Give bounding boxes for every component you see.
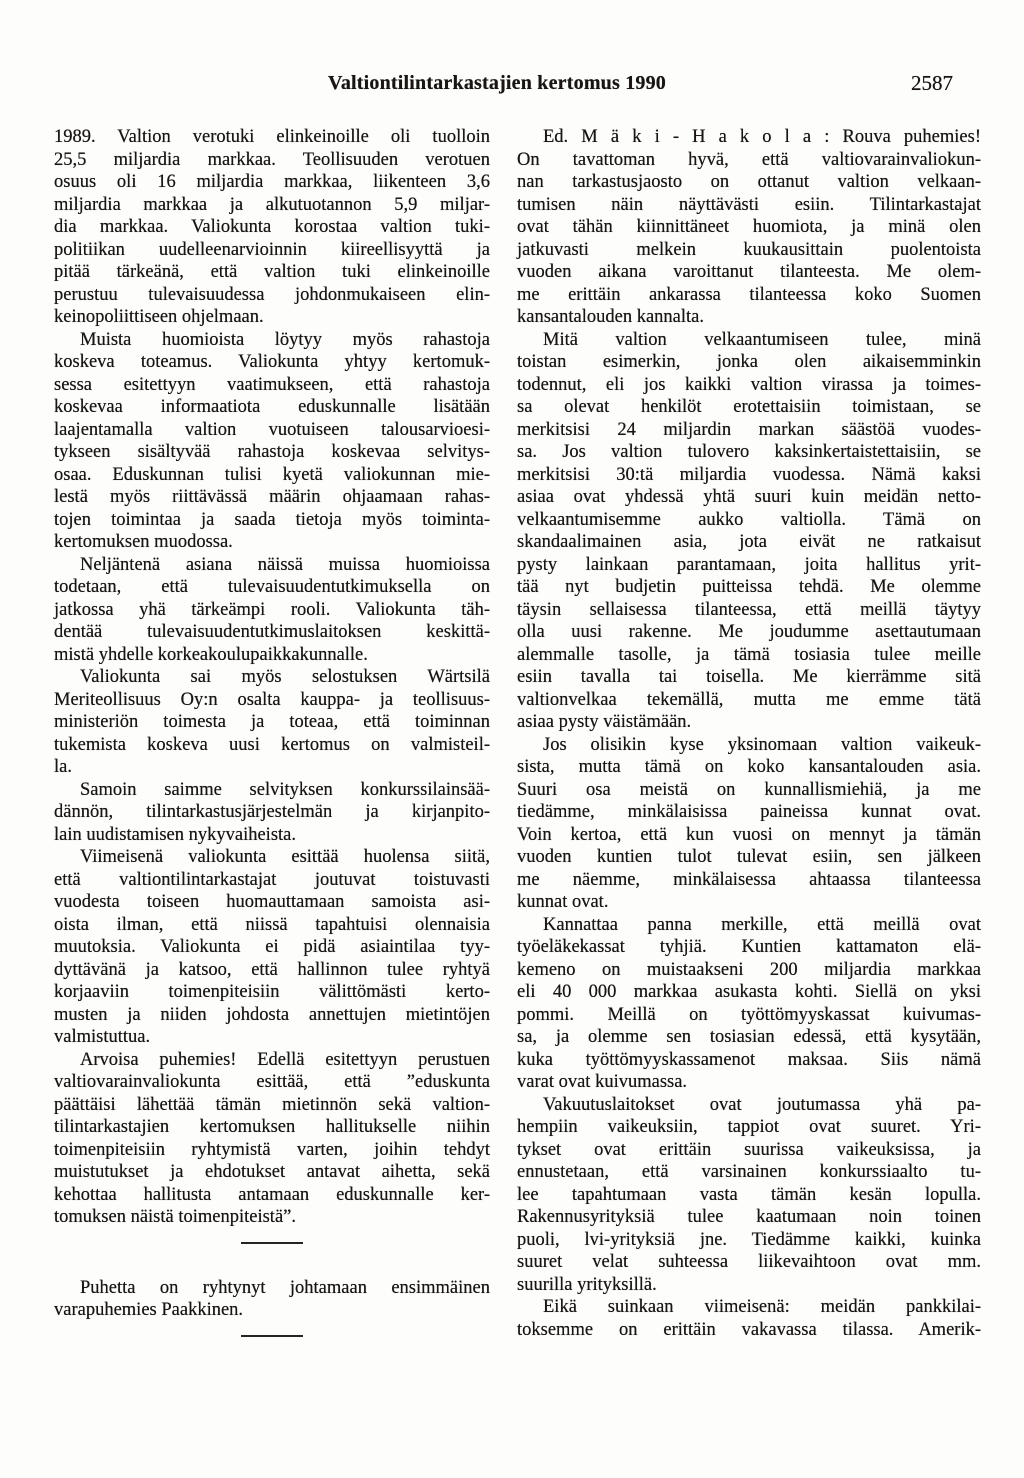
text-line: me näemme, minkälaisessa ahtaassa tilant… <box>517 869 981 892</box>
text-line: pommi. Meillä on työttömyyskassat kuivum… <box>517 1004 981 1027</box>
text-line: merkitsisi 30:tä miljardia vuodessa. Näm… <box>517 464 981 487</box>
text-line: tiedämme, minkälaisissa paineissa kunnat… <box>517 801 981 824</box>
text-line: Suuri osa meistä on kunnallismiehiä, ja … <box>517 779 981 802</box>
text-line: mistä yhdelle korkeakoulupaikkakunnalle. <box>54 644 490 667</box>
text-line: koskevaa informaatiota eduskunnalle lisä… <box>54 396 490 419</box>
text-line: suurilla yrityksillä. <box>517 1274 981 1297</box>
text-line: Valiokunta sai myös selostuksen Wärtsilä <box>54 666 490 689</box>
paragraph: Puhetta on ryhtynyt johtamaan ensimmäine… <box>54 1277 490 1322</box>
text-line: vuodesta toiseen huomauttamaan samoista … <box>54 891 490 914</box>
text-line: sessa esitettyyn vaatimukseen, että raha… <box>54 374 490 397</box>
text-line: ennustetaan, että varsinainen konkurssia… <box>517 1161 981 1184</box>
text-line: ovat tähän kiinnittäneet huomiota, ja mi… <box>517 216 981 239</box>
text-line: toimenpiteisiin ryhtymistä varten, joihi… <box>54 1139 490 1162</box>
section-divider <box>241 1242 303 1244</box>
paragraph: Ed. M ä k i - H a k o l a : Rouva puhemi… <box>517 126 981 329</box>
text-line: miljardia markkaa ja alkutuotannon 5,9 m… <box>54 194 490 217</box>
text-line: skandaalimainen asia, jota eivät ne ratk… <box>517 531 981 554</box>
text-line: laajentamalla valtion vuotuiseen talousa… <box>54 419 490 442</box>
running-title: Valtiontilintarkastajien kertomus 1990 <box>328 72 666 95</box>
text-line: hempiin vaikeuksiin, tappiot ovat suuret… <box>517 1116 981 1139</box>
text-line: tomuksen näistä toimenpiteistä”. <box>54 1206 490 1229</box>
paragraph: Mitä valtion velkaantumiseen tulee, minä… <box>517 329 981 734</box>
text-line: Muista huomioista löytyy myös rahastoja <box>54 329 490 352</box>
text-line: jatkossa yhä tärkeämpi rooli. Valiokunta… <box>54 599 490 622</box>
text-line: Arvoisa puhemies! Edellä esitettyyn peru… <box>54 1049 490 1072</box>
text-line: dännön, tilintarkastusjärjestelmän ja ki… <box>54 801 490 824</box>
text-line: valtionvelkaa tekemällä, mutta me emme t… <box>517 689 981 712</box>
text-line: tukemista koskeva uusi kertomus on valmi… <box>54 734 490 757</box>
text-line: esiin tavalla tai toisella. Me kierrämme… <box>517 666 981 689</box>
text-line: keinopoliittiseen ohjelmaan. <box>54 306 490 329</box>
text-line: dia markkaa. Valiokunta korostaa valtion… <box>54 216 490 239</box>
text-line: vuoden kuntien tulot tulevat esiin, sen … <box>517 846 981 869</box>
text-line: toistan esimerkin, jonka olen aikaisemmi… <box>517 351 981 374</box>
text-line: asiaa pysty väistämään. <box>517 711 981 734</box>
text-line: muistutukset ja ehdotukset antavat aihet… <box>54 1161 490 1184</box>
paragraph: Samoin saimme selvityksen konkurssilains… <box>54 779 490 847</box>
section-divider <box>241 1335 303 1337</box>
text-line: pitää tärkeänä, että valtion tuki elinke… <box>54 261 490 284</box>
text-line: toksemme on erittäin vakavassa tilassa. … <box>517 1319 981 1342</box>
text-line: asiaa ovat yhdessä yhtä suuri kuin meidä… <box>517 486 981 509</box>
text-line: eli 40 000 markkaa asukasta kohti. Siell… <box>517 981 981 1004</box>
text-line: Eikä suinkaan viimeisenä: meidän pankkil… <box>517 1296 981 1319</box>
text-line: la. <box>54 756 490 779</box>
text-line: nan tarkastusjaosto on ottanut valtion v… <box>517 171 981 194</box>
text-line: varapuhemies Paakkinen. <box>54 1299 490 1322</box>
text-line: puoli, lvi-yrityksiä jne. Tiedämme kaikk… <box>517 1229 981 1252</box>
text-line: Vakuutuslaitokset ovat joutumassa yhä pa… <box>517 1094 981 1117</box>
text-line: tumisen näin näyttävästi esiin. Tilintar… <box>517 194 981 217</box>
text-line: kuka työttömyyskassamenot maksaa. Siis n… <box>517 1049 981 1072</box>
paragraph: Neljäntenä asiana näissä muissa huomiois… <box>54 554 490 667</box>
text-line: päättäisi lähettää tämän mietinnön sekä … <box>54 1094 490 1117</box>
text-line: dyttävänä ja katsoo, että hallinnon tule… <box>54 959 490 982</box>
text-line: Neljäntenä asiana näissä muissa huomiois… <box>54 554 490 577</box>
text-line: Rakennusyrityksiä tulee kaatumaan noin t… <box>517 1206 981 1229</box>
text-line: sa olevat henkilöt erotettaisiin toimist… <box>517 396 981 419</box>
text-line: valmistuttua. <box>54 1026 490 1049</box>
text-line: On tavattoman hyvä, että valtiovarainval… <box>517 149 981 172</box>
paragraph: Arvoisa puhemies! Edellä esitettyyn peru… <box>54 1049 490 1229</box>
text-line: jatkuvasti melkein kuukausittain puolent… <box>517 239 981 262</box>
paragraph: Muista huomioista löytyy myös rahastojak… <box>54 329 490 554</box>
document-page: Valtiontilintarkastajien kertomus 1990 2… <box>0 0 1024 1478</box>
page-number: 2587 <box>911 71 953 96</box>
text-line: Viimeisenä valiokunta esittää huolensa s… <box>54 846 490 869</box>
text-line: pysty lainkaan parantamaan, joita hallit… <box>517 554 981 577</box>
text-line: tojen toimintaa ja saada tietoja myös to… <box>54 509 490 532</box>
text-line: kemeno on muistaakseni 200 miljardia mar… <box>517 959 981 982</box>
text-line: varat ovat kuivumassa. <box>517 1071 981 1094</box>
text-line: lain uudistamisen nykyvaiheista. <box>54 824 490 847</box>
text-line: korjaaviin toimenpiteisiin välittömästi … <box>54 981 490 1004</box>
text-line: osuus oli 16 miljardia markkaa, liikente… <box>54 171 490 194</box>
text-line: 25,5 miljardia markkaa. Teollisuuden ver… <box>54 149 490 172</box>
text-line: merkitsisi 24 miljardin markan säästöä v… <box>517 419 981 442</box>
text-line: Voin kertoa, että kun vuosi on mennyt ja… <box>517 824 981 847</box>
paragraph: Jos olisikin kyse yksinomaan valtion vai… <box>517 734 981 914</box>
text-line: oista ilman, että niissä tapahtuisi olen… <box>54 914 490 937</box>
text-line: osaa. Eduskunnan tulisi kyetä valiokunna… <box>54 464 490 487</box>
text-line: valtiovarainvaliokunta esittää, että ”ed… <box>54 1071 490 1094</box>
text-line: kertomuksen muodossa. <box>54 531 490 554</box>
paragraph: Eikä suinkaan viimeisenä: meidän pankkil… <box>517 1296 981 1341</box>
text-line: lee tapahtumaan vasta tämän kesän lopull… <box>517 1184 981 1207</box>
text-line: Ed. M ä k i - H a k o l a : Rouva puhemi… <box>517 126 981 149</box>
paragraph: Vakuutuslaitokset ovat joutumassa yhä pa… <box>517 1094 981 1297</box>
text-line: ministeriön toimesta ja toteaa, että toi… <box>54 711 490 734</box>
text-line: velkaantumisemme aukko valtiolla. Tämä o… <box>517 509 981 532</box>
paragraph: 1989. Valtion verotuki elinkeinoille oli… <box>54 126 490 329</box>
text-line: Kannattaa panna merkille, että meillä ov… <box>517 914 981 937</box>
text-line: dentää tulevaisuudentutkimuslaitoksen ke… <box>54 621 490 644</box>
text-line: muutoksia. Valiokunta ei pidä asiaintila… <box>54 936 490 959</box>
text-line: olla uusi rakenne. Me joudumme asettautu… <box>517 621 981 644</box>
text-line: Samoin saimme selvityksen konkurssilains… <box>54 779 490 802</box>
text-line: kehottaa hallitusta antamaan eduskunnall… <box>54 1184 490 1207</box>
text-line: todetaan, että tulevaisuudentutkimuksell… <box>54 576 490 599</box>
paragraph: Viimeisenä valiokunta esittää huolensa s… <box>54 846 490 1049</box>
text-line: kunnat ovat. <box>517 891 981 914</box>
text-line: tilintarkastajien kertomuksen hallitukse… <box>54 1116 490 1139</box>
text-line: sa, ja olemme sen tosiasian edessä, että… <box>517 1026 981 1049</box>
text-line: tää nyt budjetin puitteissa tehdä. Me ol… <box>517 576 981 599</box>
text-line: todennut, eli jos kaikki valtion virassa… <box>517 374 981 397</box>
text-line: sa. Jos valtion tulovero kaksinkertaiste… <box>517 441 981 464</box>
text-line: suuret velat suhteessa liikevaihtoon ova… <box>517 1251 981 1274</box>
paragraph: Valiokunta sai myös selostuksen Wärtsilä… <box>54 666 490 779</box>
text-line: 1989. Valtion verotuki elinkeinoille oli… <box>54 126 490 149</box>
text-line: Meriteollisuus Oy:n osalta kauppa- ja te… <box>54 689 490 712</box>
text-line: koskeva toteamus. Valiokunta yhtyy kerto… <box>54 351 490 374</box>
text-line: tykseen sisältyvää rahastoja koskevaa se… <box>54 441 490 464</box>
right-column: Ed. M ä k i - H a k o l a : Rouva puhemi… <box>517 126 981 1341</box>
text-line: kansantalouden kannalta. <box>517 306 981 329</box>
text-line: lestä myös riittävässä määrin ohjaamaan … <box>54 486 490 509</box>
text-line: vuoden aikana varoittanut tilanteesta. M… <box>517 261 981 284</box>
text-line: alemmalle tasolle, ja tämä tosiasia tule… <box>517 644 981 667</box>
text-line: Jos olisikin kyse yksinomaan valtion vai… <box>517 734 981 757</box>
text-line: politiikan uudelleenarvioinnin kiireelli… <box>54 239 490 262</box>
paragraph: Kannattaa panna merkille, että meillä ov… <box>517 914 981 1094</box>
text-line: sista, mutta tämä on koko kansantalouden… <box>517 756 981 779</box>
left-column: 1989. Valtion verotuki elinkeinoille oli… <box>54 126 490 1370</box>
text-line: me erittäin ankarassa tilanteessa koko S… <box>517 284 981 307</box>
text-line: musten ja niiden johdosta annettujen mie… <box>54 1004 490 1027</box>
text-line: että valtiontilintarkastajat joutuvat to… <box>54 869 490 892</box>
text-line: tykset ovat erittäin suurissa vaikeuksis… <box>517 1139 981 1162</box>
text-line: Puhetta on ryhtynyt johtamaan ensimmäine… <box>54 1277 490 1300</box>
text-line: Mitä valtion velkaantumiseen tulee, minä <box>517 329 981 352</box>
text-line: täysin sellaisessa tilanteessa, että mei… <box>517 599 981 622</box>
text-line: perustuu tulevaisuudessa johdonmukaiseen… <box>54 284 490 307</box>
text-line: työeläkekassat tyhjiä. Kuntien kattamato… <box>517 936 981 959</box>
